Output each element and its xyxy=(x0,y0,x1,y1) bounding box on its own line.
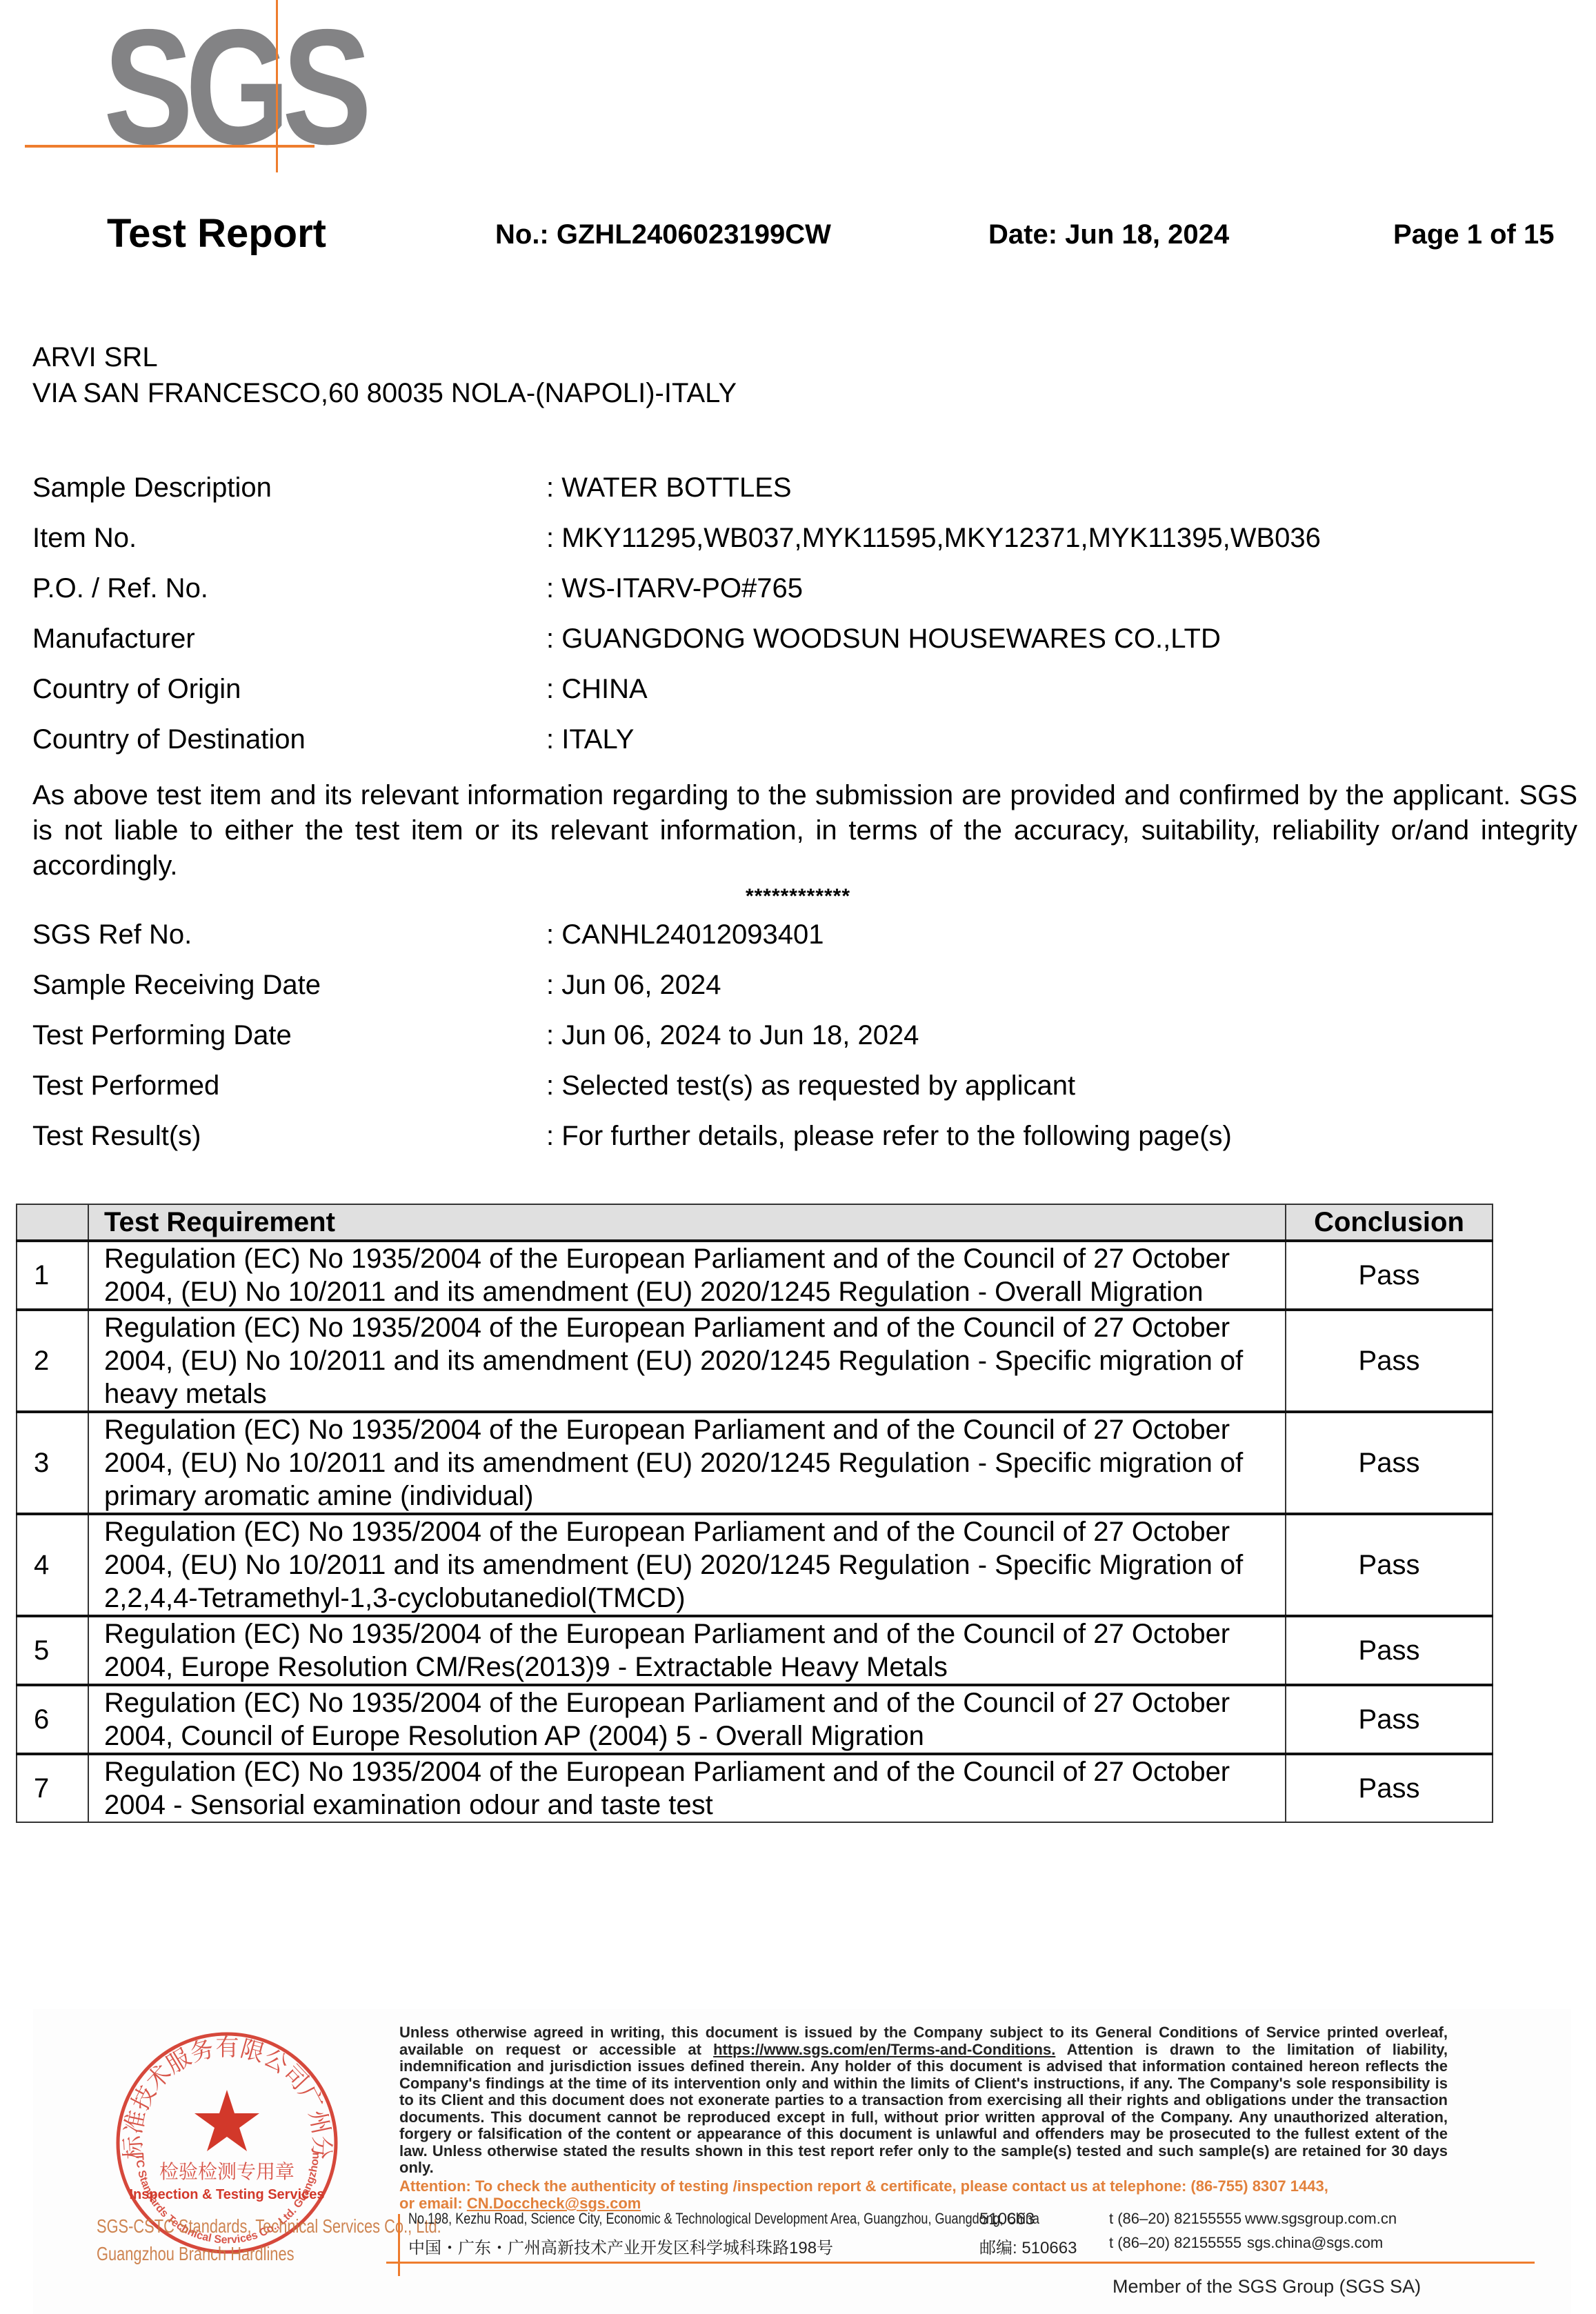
legal-notice: Unless otherwise agreed in writing, this… xyxy=(399,2024,1448,2177)
address-chinese: 中国・广东・广州高新技术产业开发区科学城科珠路198号 xyxy=(408,2234,833,2258)
results-table: Test Requirement Conclusion 1Regulation … xyxy=(16,1204,1493,1823)
field-label: Item No. xyxy=(32,523,137,554)
table-row: 1Regulation (EC) No 1935/2004 of the Eur… xyxy=(17,1241,1493,1310)
test-requirement: Regulation (EC) No 1935/2004 of the Euro… xyxy=(88,1685,1286,1754)
telephone-1: t (86–20) 82155555 xyxy=(1109,2210,1241,2228)
field-value: : For further details, please refer to t… xyxy=(546,1121,1232,1152)
conclusion: Pass xyxy=(1286,1310,1493,1412)
field-row: P.O. / Ref. No.: WS-ITARV-PO#765 xyxy=(32,573,1577,624)
contact-email-link[interactable]: sgs.china@sgs.com xyxy=(1247,2234,1383,2252)
field-label: Test Result(s) xyxy=(32,1121,201,1152)
page-indicator: Page 1 of 15 xyxy=(1393,219,1554,250)
conclusion: Pass xyxy=(1286,1514,1493,1616)
svg-text:检验检测专用章: 检验检测专用章 xyxy=(159,2160,295,2183)
row-number: 4 xyxy=(17,1514,88,1616)
row-number: 6 xyxy=(17,1685,88,1754)
field-label: Test Performed xyxy=(32,1070,219,1101)
field-row: Test Performing Date: Jun 06, 2024 to Ju… xyxy=(32,1020,1577,1070)
conclusion: Pass xyxy=(1286,1241,1493,1310)
field-row: Country of Destination: ITALY xyxy=(32,724,1577,775)
table-row: 5Regulation (EC) No 1935/2004 of the Eur… xyxy=(17,1616,1493,1685)
field-value: : MKY11295,WB037,MYK11595,MKY12371,MYK11… xyxy=(546,523,1321,554)
column-header-requirement: Test Requirement xyxy=(88,1204,1286,1241)
applicant-address: VIA SAN FRANCESCO,60 80035 NOLA-(NAPOLI)… xyxy=(32,375,737,411)
column-header-number xyxy=(17,1204,88,1241)
field-label: Country of Origin xyxy=(32,674,241,705)
logo-horizontal-rule xyxy=(25,145,315,148)
test-requirement: Regulation (EC) No 1935/2004 of the Euro… xyxy=(88,1310,1286,1412)
address-horizontal-rule xyxy=(386,2262,1535,2264)
test-requirement: Regulation (EC) No 1935/2004 of the Euro… xyxy=(88,1616,1286,1685)
terms-link[interactable]: https://www.sgs.com/en/Terms-and-Conditi… xyxy=(713,2041,1055,2058)
field-value: : CANHL24012093401 xyxy=(546,919,824,950)
field-row: Test Performed: Selected test(s) as requ… xyxy=(32,1070,1577,1121)
row-number: 5 xyxy=(17,1616,88,1685)
table-header-row: Test Requirement Conclusion xyxy=(17,1204,1493,1241)
branch-line-2: Guangzhou Branch Hardlines xyxy=(97,2240,441,2268)
column-header-conclusion: Conclusion xyxy=(1286,1204,1493,1241)
field-row: Test Result(s): For further details, ple… xyxy=(32,1121,1577,1171)
table-row: 4Regulation (EC) No 1935/2004 of the Eur… xyxy=(17,1514,1493,1616)
field-label: P.O. / Ref. No. xyxy=(32,573,208,604)
postal-code-en: 510663 xyxy=(979,2210,1035,2229)
row-number: 1 xyxy=(17,1241,88,1310)
field-row: Country of Origin: CHINA xyxy=(32,674,1577,724)
report-number: No.: GZHL2406023199CW xyxy=(495,219,831,250)
field-label: Sample Receiving Date xyxy=(32,970,321,1001)
field-row: Manufacturer: GUANGDONG WOODSUN HOUSEWAR… xyxy=(32,624,1577,674)
branch-name: SGS-CSTC Standards, Technical Services C… xyxy=(97,2213,441,2268)
field-value: : GUANGDONG WOODSUN HOUSEWARES CO.,LTD xyxy=(546,624,1221,655)
sample-info: Sample Description: WATER BOTTLES Item N… xyxy=(32,472,1577,775)
conclusion: Pass xyxy=(1286,1754,1493,1822)
field-label: Test Performing Date xyxy=(32,1020,292,1051)
field-label: Sample Description xyxy=(32,472,272,503)
field-label: Manufacturer xyxy=(32,624,195,655)
test-requirement: Regulation (EC) No 1935/2004 of the Euro… xyxy=(88,1754,1286,1822)
field-label: SGS Ref No. xyxy=(32,919,192,950)
row-number: 7 xyxy=(17,1754,88,1822)
sgs-logo: SGS xyxy=(0,0,428,179)
field-row: Sample Receiving Date: Jun 06, 2024 xyxy=(32,970,1577,1020)
table-row: 3Regulation (EC) No 1935/2004 of the Eur… xyxy=(17,1412,1493,1514)
logo-vertical-rule xyxy=(276,0,278,172)
website-link[interactable]: www.sgsgroup.com.cn xyxy=(1245,2210,1397,2228)
report-date: Date: Jun 18, 2024 xyxy=(988,219,1229,250)
field-value: : ITALY xyxy=(546,724,634,755)
field-row: Sample Description: WATER BOTTLES xyxy=(32,472,1577,523)
field-value: : Jun 06, 2024 xyxy=(546,970,721,1001)
field-row: SGS Ref No.: CANHL24012093401 xyxy=(32,919,1577,970)
conclusion: Pass xyxy=(1286,1412,1493,1514)
test-info: SGS Ref No.: CANHL24012093401 Sample Rec… xyxy=(32,919,1577,1171)
section-separator: ************ xyxy=(0,885,1596,908)
table-row: 6Regulation (EC) No 1935/2004 of the Eur… xyxy=(17,1685,1493,1754)
row-number: 2 xyxy=(17,1310,88,1412)
authenticity-notice: Attention: To check the authenticity of … xyxy=(399,2177,1462,2212)
field-value: : WATER BOTTLES xyxy=(546,472,792,503)
table-row: 7Regulation (EC) No 1935/2004 of the Eur… xyxy=(17,1754,1493,1822)
field-value: : CHINA xyxy=(546,674,648,705)
field-value: : WS-ITARV-PO#765 xyxy=(546,573,803,604)
field-label: Country of Destination xyxy=(32,724,306,755)
test-requirement: Regulation (EC) No 1935/2004 of the Euro… xyxy=(88,1412,1286,1514)
address-vertical-rule xyxy=(398,2214,400,2276)
field-row: Item No.: MKY11295,WB037,MYK11595,MKY123… xyxy=(32,523,1577,573)
conclusion: Pass xyxy=(1286,1616,1493,1685)
legal-text-cont: Attention is drawn to the limitation of … xyxy=(399,2041,1448,2177)
test-requirement: Regulation (EC) No 1935/2004 of the Euro… xyxy=(88,1241,1286,1310)
address-english: No.198, Kezhu Road, Science City, Econom… xyxy=(408,2210,1039,2228)
branch-line-1: SGS-CSTC Standards, Technical Services C… xyxy=(97,2213,441,2240)
test-requirement: Regulation (EC) No 1935/2004 of the Euro… xyxy=(88,1514,1286,1616)
row-number: 3 xyxy=(17,1412,88,1514)
report-title: Test Report xyxy=(107,210,326,257)
table-row: 2Regulation (EC) No 1935/2004 of the Eur… xyxy=(17,1310,1493,1412)
applicant-name: ARVI SRL xyxy=(32,339,737,375)
svg-text:通标标准技术服务有限公司广州分公司: 通标标准技术服务有限公司广州分公司 xyxy=(112,2028,335,2160)
conclusion: Pass xyxy=(1286,1685,1493,1754)
attention-text: Attention: To check the authenticity of … xyxy=(399,2177,1462,2195)
group-membership: Member of the SGS Group (SGS SA) xyxy=(1113,2276,1421,2297)
svg-text:Inspection & Testing Services: Inspection & Testing Services xyxy=(129,2187,324,2202)
applicant-disclaimer: As above test item and its relevant info… xyxy=(32,778,1577,884)
telephone-2: t (86–20) 82155555 xyxy=(1109,2234,1241,2252)
postal-code-cn: 邮编: 510663 xyxy=(979,2234,1077,2258)
applicant-block: ARVI SRL VIA SAN FRANCESCO,60 80035 NOLA… xyxy=(32,339,737,411)
field-value: : Selected test(s) as requested by appli… xyxy=(546,1070,1075,1101)
field-value: : Jun 06, 2024 to Jun 18, 2024 xyxy=(546,1020,919,1051)
